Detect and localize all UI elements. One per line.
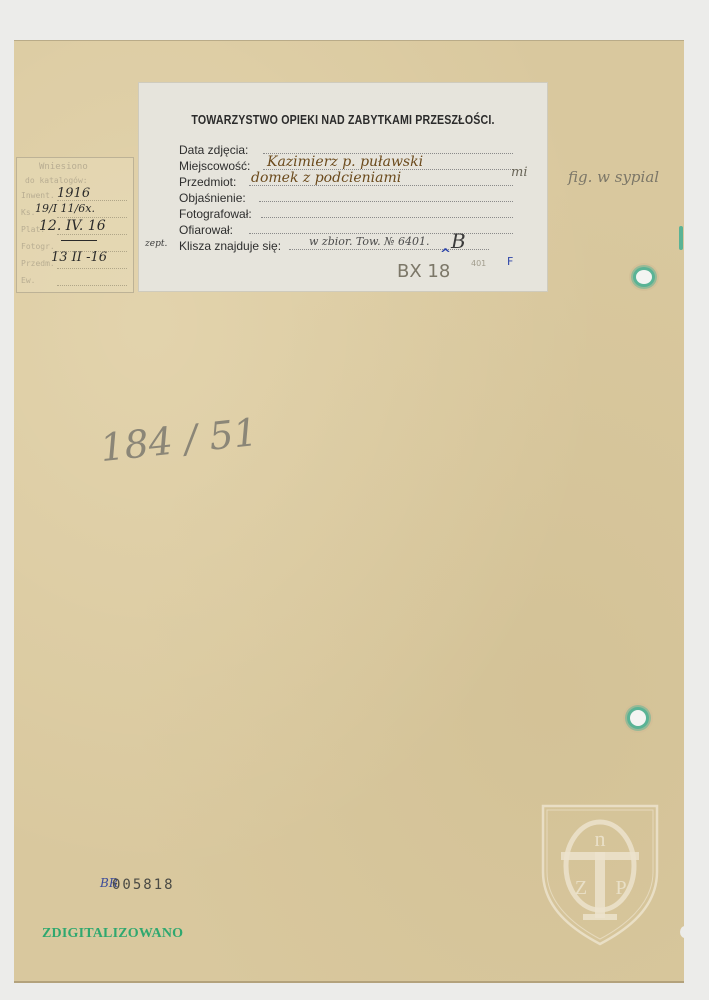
field-label: Miejscowość:: [179, 159, 250, 173]
dotted-line: [259, 201, 513, 202]
label-title: TOWARZYSTWO OPIEKI NAD ZABYTKAMI PRZESZŁ…: [170, 113, 517, 127]
edge-stain: [679, 226, 683, 250]
field-label: Objaśnienie:: [179, 191, 246, 205]
society-label: TOWARZYSTWO OPIEKI NAD ZABYTKAMI PRZESZŁ…: [138, 82, 548, 292]
inventory-number: 005818: [112, 877, 175, 893]
underline: [61, 240, 97, 241]
stamp-printed-line: Inwent.: [21, 191, 55, 200]
stamp-printed-line: Przedm.: [21, 259, 55, 268]
field-label: Ofiarował:: [179, 223, 233, 237]
stamp-handwritten-ref: 19/I 11/6x.: [35, 202, 95, 215]
stamp-printed-line: Ew.: [21, 276, 35, 285]
field-donor: Ofiarował:: [179, 221, 233, 237]
stamp-printed-line: Wniesiono: [39, 162, 88, 172]
stamp-printed-line: Fotogr.: [21, 242, 55, 251]
handwritten-negative-location: w zbior. Tow. № 6401.: [309, 235, 430, 248]
field-negative-location: Klisza znajduje się:: [179, 237, 281, 253]
stamp-dotted-line: [57, 268, 127, 269]
margin-note-left: zept.: [145, 239, 167, 249]
stamp-printed-line: do katalogów:: [25, 176, 88, 185]
catalog-stamp: Wniesiono do katalogów: Inwent. Ks. Plat…: [16, 157, 134, 293]
field-object: Przedmiot:: [179, 173, 236, 189]
stamp-handwritten-year: 1916: [57, 186, 90, 201]
dotted-line: [261, 217, 513, 218]
field-photo-date: Data zdjęcia:: [179, 141, 248, 157]
field-photographer: Fotografował:: [179, 205, 252, 221]
svg-text:n: n: [595, 826, 606, 851]
margin-note-right: mi: [511, 165, 528, 180]
field-label: Klisza znajduje się:: [179, 239, 281, 253]
stamp-handwritten-date-2: 13 II -16: [51, 250, 107, 265]
field-locality: Miejscowość:: [179, 157, 250, 173]
blue-caret: ^: [440, 247, 451, 262]
letter-b: B: [451, 229, 466, 253]
pencil-code: BX 18: [397, 261, 450, 282]
field-label: Fotografował:: [179, 207, 252, 221]
digitized-stamp: ZDIGITALIZOWANO: [42, 926, 183, 942]
edge-notch: [680, 926, 690, 938]
svg-text:Z: Z: [575, 877, 587, 899]
stamp-dotted-line: [57, 234, 127, 235]
stamp-dotted-line: [57, 285, 127, 286]
field-label: Przedmiot:: [179, 175, 236, 189]
stamp-handwritten-date: 12. IV. 16: [39, 218, 106, 234]
field-explanation: Objaśnienie:: [179, 189, 246, 205]
dotted-line: [249, 233, 513, 234]
stamp-printed-line: Ks.: [21, 208, 35, 217]
punched-hole-bottom: [630, 710, 646, 726]
blue-letter-f: F: [507, 255, 513, 268]
pencil-note-right: fig. w sypial: [568, 168, 659, 186]
pencil-code-small: 401: [471, 259, 486, 268]
punched-hole-top: [636, 270, 652, 284]
handwritten-locality: Kazimierz p. puławski: [267, 154, 423, 170]
handwritten-object: domek z podcieniami: [251, 170, 401, 186]
svg-text:P: P: [615, 877, 626, 899]
ntzp-emblem-icon: n Z P: [539, 802, 661, 948]
field-label: Data zdjęcia:: [179, 143, 248, 157]
